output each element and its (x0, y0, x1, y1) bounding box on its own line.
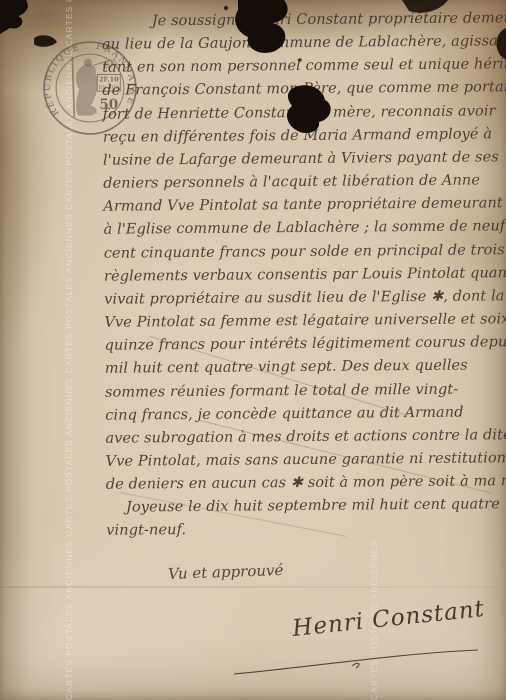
manuscript-line: vivait propriétaire au susdit lieu de l'… (104, 285, 502, 312)
paper-crease (0, 586, 506, 588)
signature: Henri Constant (291, 596, 486, 642)
stamp-figure-icon (76, 64, 97, 115)
manuscript-line: de François Constant mon Père, que comme… (102, 77, 500, 104)
manuscript-line: au lieu de la Gaujon Commune de Lablachè… (102, 30, 500, 57)
manuscript-line: l'usine de Lafarge demeurant à Viviers p… (103, 146, 501, 173)
manuscript-line: Armand Vve Pintolat sa tante propriétair… (103, 193, 501, 220)
manuscript-line: Vve Pintolat sa femme est légataire univ… (104, 308, 502, 335)
manuscript-line: quinze francs pour intérêts légitimement… (105, 331, 503, 358)
signature-flourish-icon (232, 646, 482, 678)
manuscript-line: de deniers en aucun cas ✱ soit à mon pèr… (106, 470, 504, 497)
stamp-staff-icon (72, 57, 74, 118)
manuscript-line: tant en son nom personnel comme seul et … (102, 54, 500, 81)
approval-line: Vu et approuvé (168, 561, 284, 583)
manuscript-page: CARTES POSTALES ANCIENNES CARTES POSTALE… (0, 0, 506, 700)
manuscript-line: cent cinquante francs pour solde en prin… (104, 239, 502, 266)
manuscript-line: reçu en différentes fois de Maria Armand… (103, 123, 501, 150)
manuscript-line: à l'Eglise commune de Lablachère ; la so… (104, 216, 502, 243)
manuscript-line: deniers personnels à l'acquit et libérat… (103, 169, 501, 196)
manuscript-line: Je soussigné Henri Constant propriétaire… (152, 7, 500, 33)
manuscript-line: Joyeuse le dix huit septembre mil huit c… (126, 494, 504, 520)
stamp-figure-head-icon (84, 59, 92, 67)
manuscript-line: mil huit cent quatre vingt sept. Des deu… (105, 355, 503, 382)
manuscript-line: cinq francs, je concède quittance au dit… (105, 401, 503, 428)
manuscript-line: sommes réunies formant le total de mille… (105, 378, 503, 405)
manuscript-text: Je soussigné Henri Constant propriétaire… (102, 7, 505, 543)
manuscript-line: vingt-neuf. (106, 517, 504, 544)
manuscript-line: règlements verbaux consentis par Louis P… (104, 262, 502, 289)
manuscript-line: Vve Pintolat, mais sans aucune garantie … (106, 447, 504, 474)
manuscript-line: fort de Henriette Constant ma mère, reco… (102, 100, 500, 127)
ink-blot-top-left-icon (0, 0, 28, 34)
